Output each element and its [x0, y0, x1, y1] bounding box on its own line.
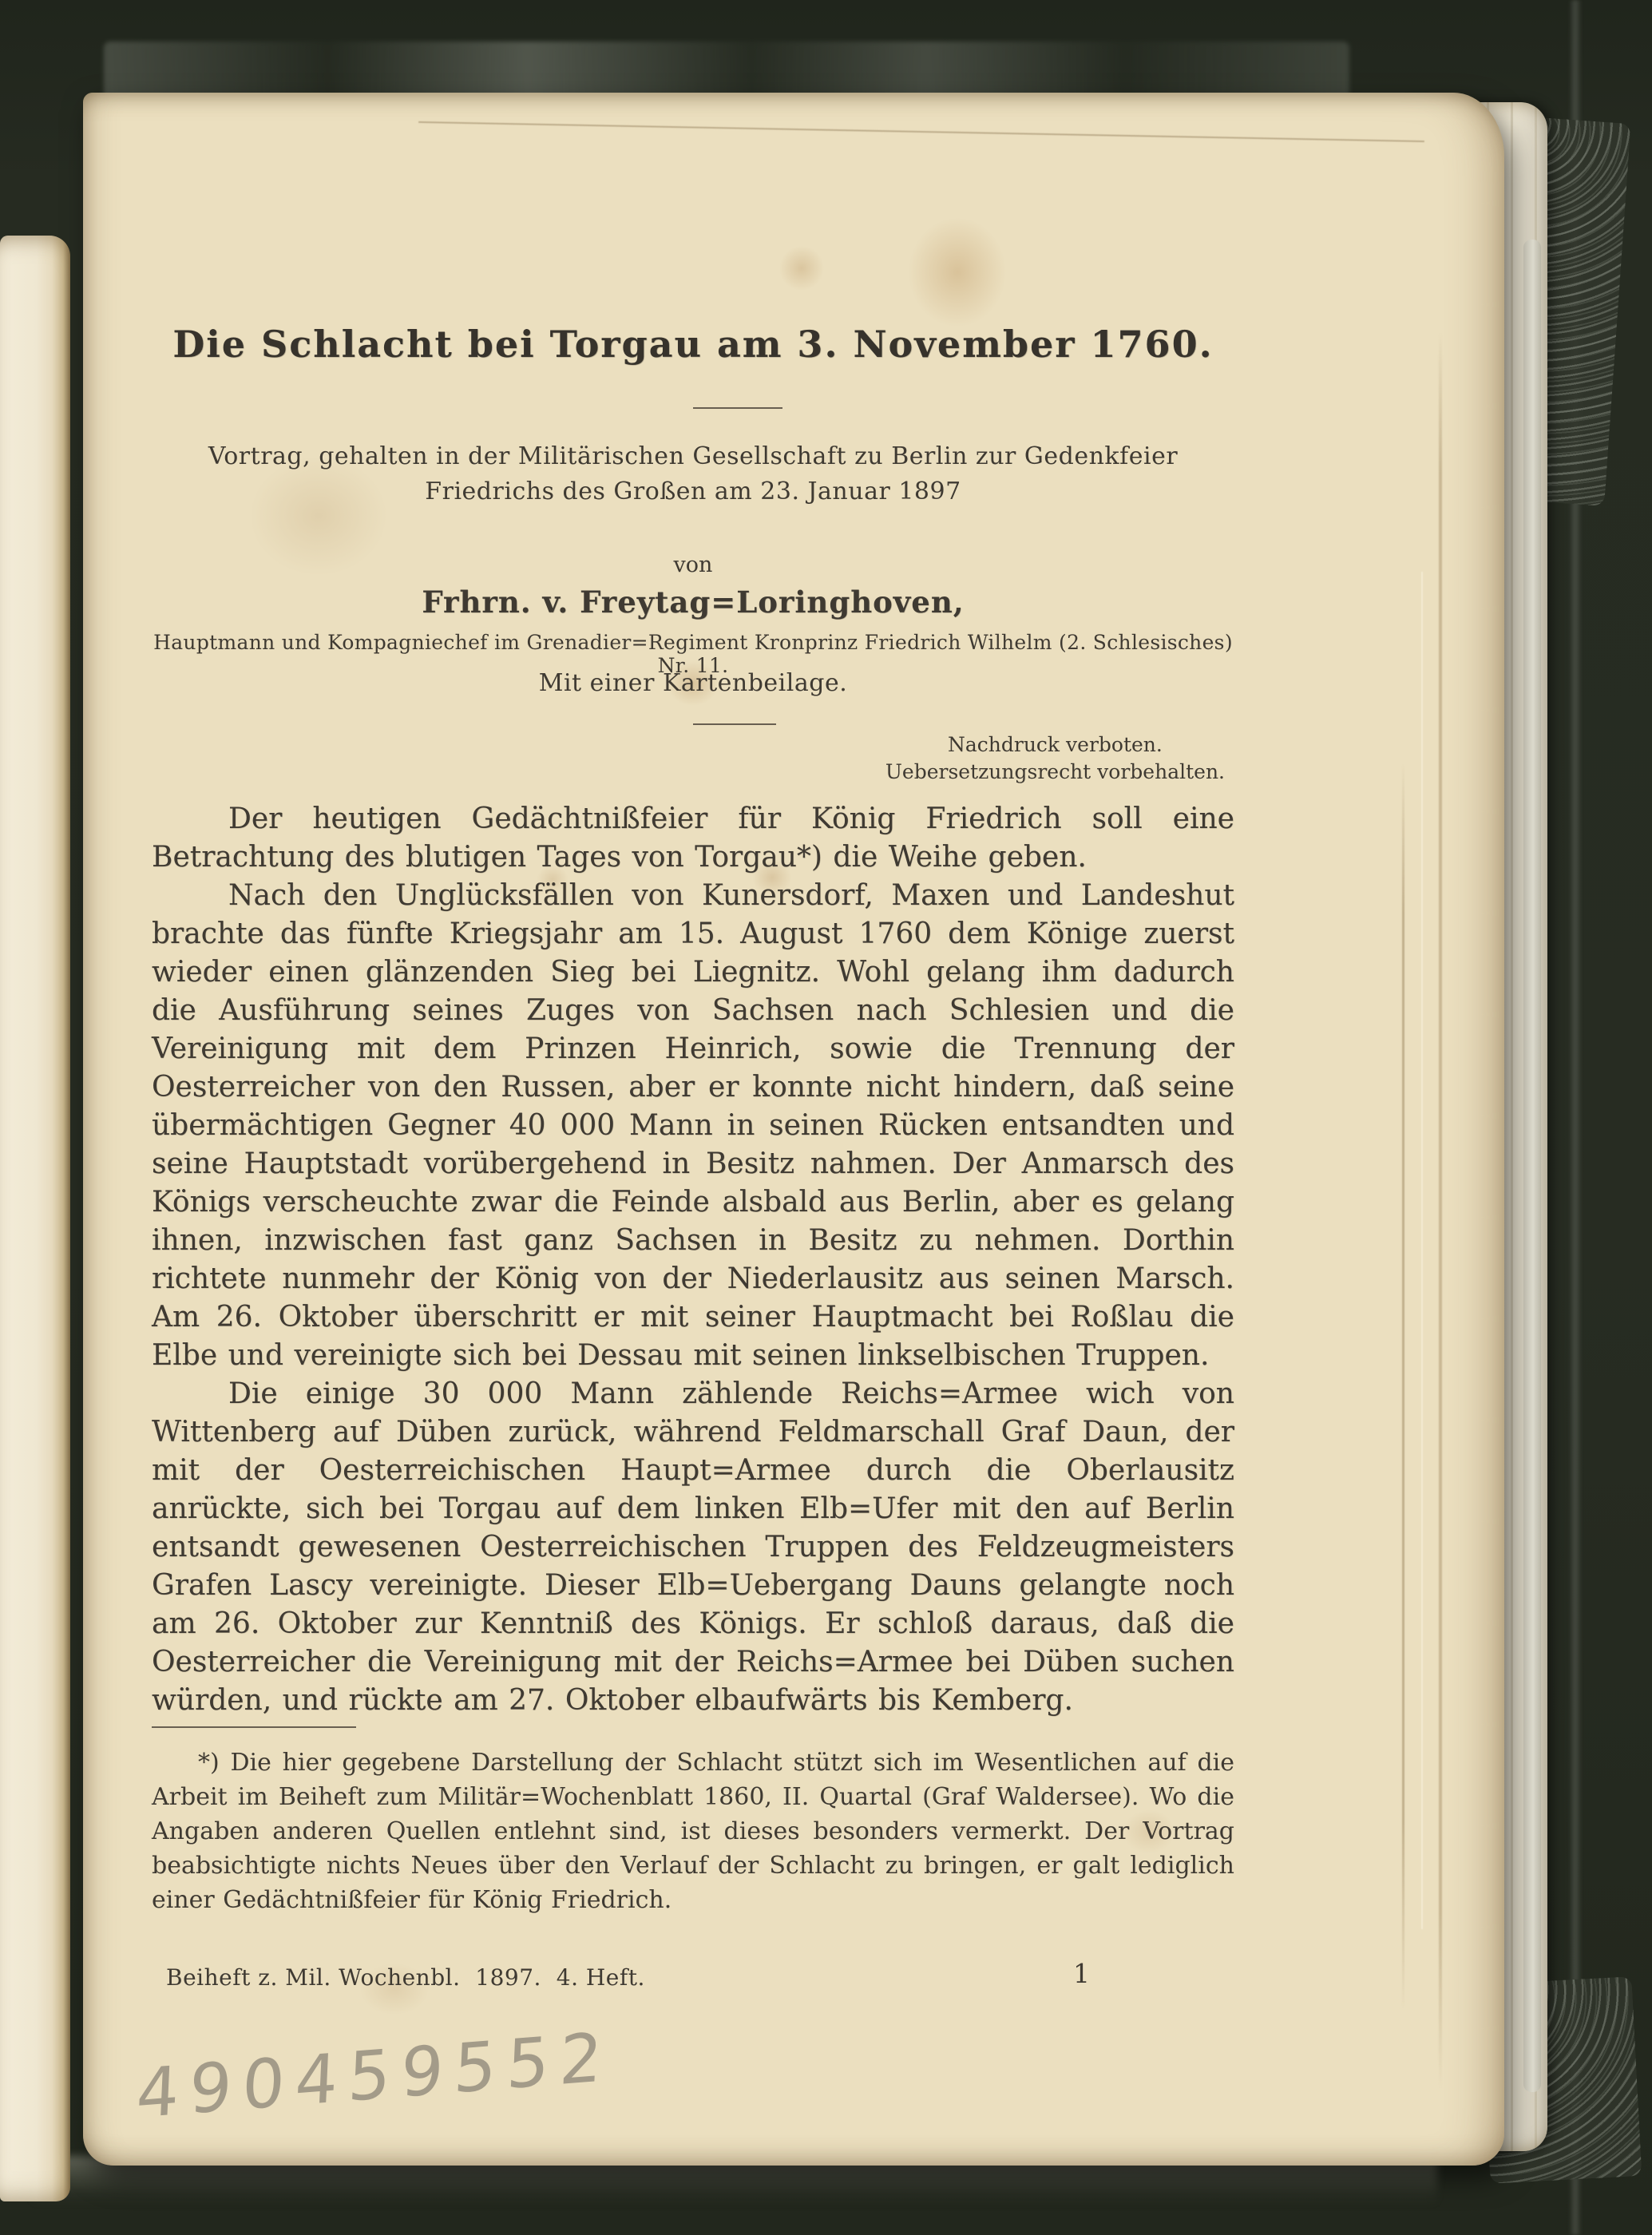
paper-crease	[1421, 572, 1423, 1929]
facing-page-edge	[0, 236, 70, 2201]
lecture-subtitle: Vortrag, gehalten in der Militärischen G…	[152, 439, 1234, 509]
body-text: Der heutigen Gedächtnißfeier für König F…	[152, 800, 1234, 1720]
footnote-rule	[152, 1726, 356, 1728]
author-name: Frhrn. v. Freytag=Loringhoven,	[152, 585, 1234, 620]
byline-intro: von	[152, 553, 1234, 577]
body-paragraph: Der heutigen Gedächtnißfeier für König F…	[152, 800, 1234, 877]
book-page: Die Schlacht bei Torgau am 3. November 1…	[83, 93, 1504, 2166]
book-scan: Die Schlacht bei Torgau am 3. November 1…	[0, 0, 1652, 2235]
rights-notice: Nachdruck verboten. Uebersetzungsrecht v…	[885, 731, 1225, 786]
reprint-notice: Nachdruck verboten.	[885, 731, 1225, 759]
map-supplement-note: Mit einer Kartenbeilage.	[152, 669, 1234, 697]
body-paragraph: Nach den Unglücksfällen von Kunersdorf, …	[152, 877, 1234, 1375]
page-number: 1	[1073, 1958, 1090, 1989]
footnote-text: *) Die hier gegebene Darstellung der Sch…	[152, 1746, 1234, 1917]
footnote: *) Die hier gegebene Darstellung der Sch…	[152, 1746, 1234, 1917]
foxing-stain	[770, 236, 834, 300]
paper-crease	[418, 121, 1424, 142]
title-divider	[693, 407, 782, 409]
translation-notice: Uebersetzungsrecht vorbehalten.	[885, 759, 1225, 786]
page-block-sliver	[1523, 240, 1541, 2092]
body-paragraph: Die einige 30 000 Mann zählende Reichs=A…	[152, 1375, 1234, 1720]
article-title: Die Schlacht bei Torgau am 3. November 1…	[152, 323, 1234, 366]
paper-crease	[1402, 763, 1404, 2009]
handwritten-shelfmark: 490459552	[135, 2017, 614, 2134]
paper-crease	[1439, 332, 1442, 2089]
imprint: Beiheft z. Mil. Wochenbl. 1897. 4. Heft.	[166, 1964, 645, 1991]
section-divider	[693, 723, 776, 725]
